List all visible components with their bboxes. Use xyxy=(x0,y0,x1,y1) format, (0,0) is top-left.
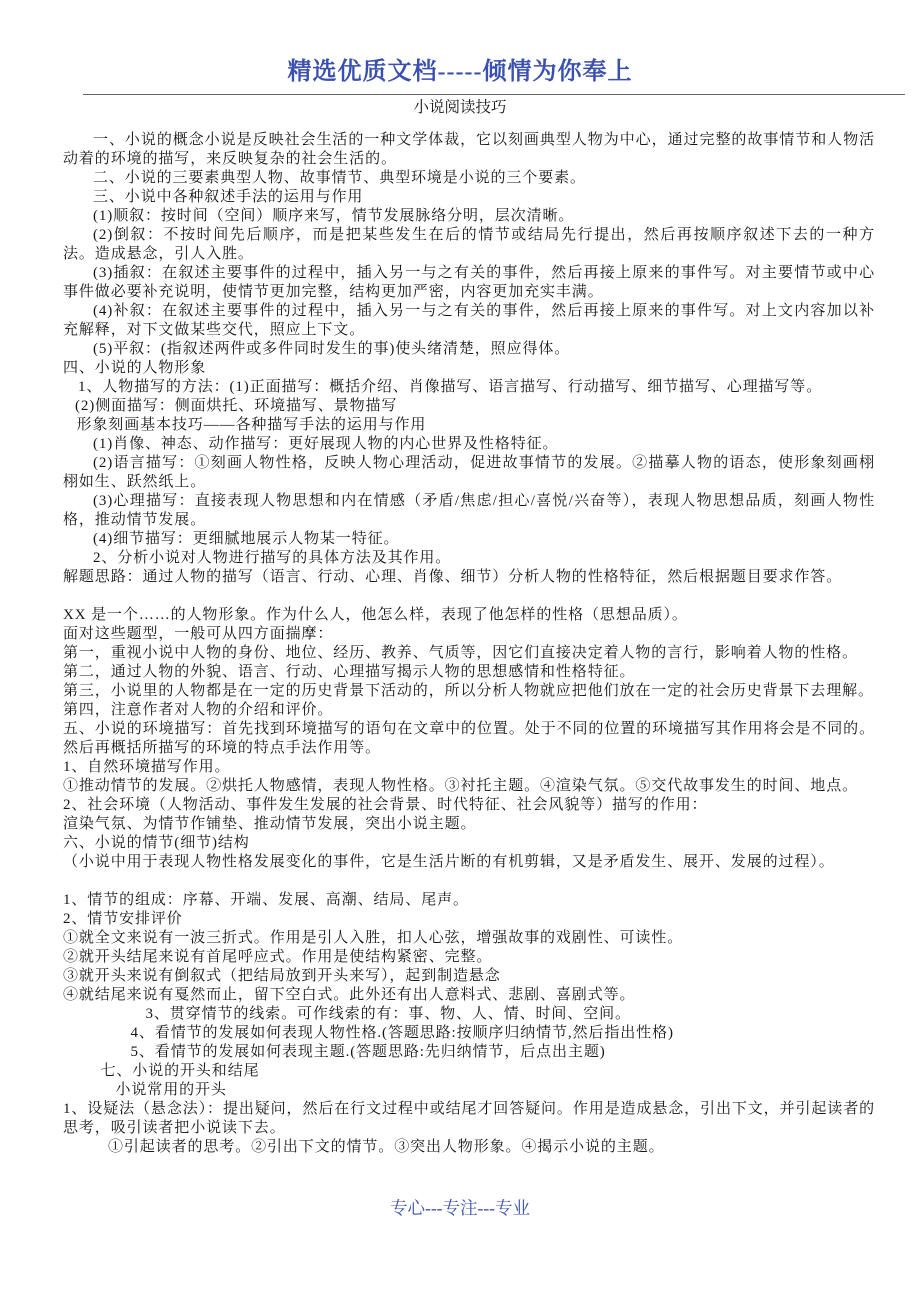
paragraph: (5)平叙：(指叙述两件或多件同时发生的事)使头绪清楚，照应得体。 xyxy=(63,340,875,359)
paragraph: (3)插叙：在叙述主要事件的过程中，插入另一与之有关的事件，然后再接上原来的事件… xyxy=(63,264,875,302)
paragraph: 4、看情节的发展如何表现人物性格.(答题思路:按顺序归纳情节,然后指出性格) xyxy=(63,1024,875,1043)
paragraph xyxy=(63,872,875,891)
paragraph: ①推动情节的发展。②烘托人物感情，表现人物性格。③衬托主题。④渲染气氛。⑤交代故… xyxy=(63,777,875,796)
paragraph: ①就全文来说有一波三折式。作用是引人入胜，扣人心弦，增强故事的戏剧性、可读性。 xyxy=(63,929,875,948)
document-body: 一、小说的概念小说是反映社会生活的一种文学体裁，它以刻画典型人物为中心，通过完整… xyxy=(63,131,875,1157)
paragraph: 面对这些题型，一般可从四方面揣摩： xyxy=(63,625,875,644)
paragraph: 1、自然环境描写作用。 xyxy=(63,758,875,777)
document-title: 小说阅读技巧 xyxy=(0,97,920,118)
paragraph: XX 是一个……的人物形象。作为什么人，他怎么样，表现了他怎样的性格（思想品质）… xyxy=(63,606,875,625)
paragraph: 1、人物描写的方法：(1)正面描写：概括介绍、肖像描写、语言描写、行动描写、细节… xyxy=(63,378,875,397)
paragraph: 5、看情节的发展如何表现主题.(答题思路:先归纳情节，后点出主题) xyxy=(63,1043,875,1062)
paragraph: ④就结尾来说有戛然而止，留下空白式。此外还有出人意料式、悲剧、喜剧式等。 xyxy=(63,986,875,1005)
document-page: 精选优质文档-----倾情为你奉上 小说阅读技巧 一、小说的概念小说是反映社会生… xyxy=(0,0,920,1302)
footer-slogan: 专心---专注---专业 xyxy=(0,1196,920,1220)
paragraph: 一、小说的概念小说是反映社会生活的一种文学体裁，它以刻画典型人物为中心，通过完整… xyxy=(63,131,875,169)
paragraph: 1、设疑法（悬念法）：提出疑问，然后在行文过程中或结尾才回答疑问。作用是造成悬念… xyxy=(63,1100,875,1138)
paragraph: 五、小说的环境描写：首先找到环境描写的语句在文章中的位置。处于不同的位置的环境描… xyxy=(63,720,875,758)
paragraph: (1)肖像、神态、动作描写：更好展现人物的内心世界及性格特征。 xyxy=(63,435,875,454)
paragraph: 第一，重视小说中人物的身份、地位、经历、教养、气质等，因它们直接决定着人物的言行… xyxy=(63,644,875,663)
header-slogan: 精选优质文档-----倾情为你奉上 xyxy=(0,0,920,87)
paragraph: 四、小说的人物形象 xyxy=(63,359,875,378)
paragraph: 二、小说的三要素典型人物、故事情节、典型环境是小说的三个要素。 xyxy=(63,169,875,188)
paragraph: 七、小说的开头和结尾 xyxy=(63,1062,875,1081)
paragraph: 第四，注意作者对人物的介绍和评价。 xyxy=(63,701,875,720)
paragraph: 2、情节安排评价 xyxy=(63,910,875,929)
paragraph xyxy=(63,587,875,606)
header-divider xyxy=(83,94,905,95)
paragraph: 第三，小说里的人物都是在一定的历史背景下活动的，所以分析人物就应把他们放在一定的… xyxy=(63,682,875,701)
paragraph: 解题思路：通过人物的描写（语言、行动、心理、肖像、细节）分析人物的性格特征，然后… xyxy=(63,568,875,587)
paragraph: （小说中用于表现人物性格发展变化的事件，它是生活片断的有机剪辑，又是矛盾发生、展… xyxy=(63,853,875,872)
paragraph: 小说常用的开头 xyxy=(63,1081,875,1100)
paragraph: 2、社会环境（人物活动、事件发生发展的社会背景、时代特征、社会风貌等）描写的作用… xyxy=(63,796,875,815)
paragraph: (2)语言描写：①刻画人物性格，反映人物心理活动，促进故事情节的发展。②描摹人物… xyxy=(63,454,875,492)
paragraph: ③就开头来说有倒叙式（把结局放到开头来写），起到制造悬念 xyxy=(63,967,875,986)
paragraph: ②就开头结尾来说有首尾呼应式。作用是使结构紧密、完整。 xyxy=(63,948,875,967)
paragraph: (4)细节描写：更细腻地展示人物某一特征。 xyxy=(63,530,875,549)
paragraph: 形象刻画基本技巧——各种描写手法的运用与作用 xyxy=(63,416,875,435)
paragraph: (2)倒叙：不按时间先后顺序，而是把某些发生在后的情节或结局先行提出，然后再按顺… xyxy=(63,226,875,264)
paragraph: (4)补叙：在叙述主要事件的过程中，插入另一与之有关的事件，然后再接上原来的事件… xyxy=(63,302,875,340)
paragraph: 渲染气氛、为情节作铺垫、推动情节发展，突出小说主题。 xyxy=(63,815,875,834)
paragraph: (2)侧面描写：侧面烘托、环境描写、景物描写 xyxy=(63,397,875,416)
paragraph: ①引起读者的思考。②引出下文的情节。③突出人物形象。④揭示小说的主题。 xyxy=(63,1138,875,1157)
paragraph: 1、情节的组成：序幕、开端、发展、高潮、结局、尾声。 xyxy=(63,891,875,910)
paragraph: (1)顺叙：按时间（空间）顺序来写，情节发展脉络分明，层次清晰。 xyxy=(63,207,875,226)
paragraph: 第二，通过人物的外貌、语言、行动、心理描写揭示人物的思想感情和性格特征。 xyxy=(63,663,875,682)
paragraph: 2、分析小说对人物进行描写的具体方法及其作用。 xyxy=(63,549,875,568)
paragraph: 六、小说的情节(细节)结构 xyxy=(63,834,875,853)
paragraph: 3、贯穿情节的线索。可作线索的有：事、物、人、情、时间、空间。 xyxy=(63,1005,875,1024)
paragraph: 三、小说中各种叙述手法的运用与作用 xyxy=(63,188,875,207)
paragraph: (3)心理描写：直接表现人物思想和内在情感（矛盾/焦虑/担心/喜悦/兴奋等），表… xyxy=(63,492,875,530)
